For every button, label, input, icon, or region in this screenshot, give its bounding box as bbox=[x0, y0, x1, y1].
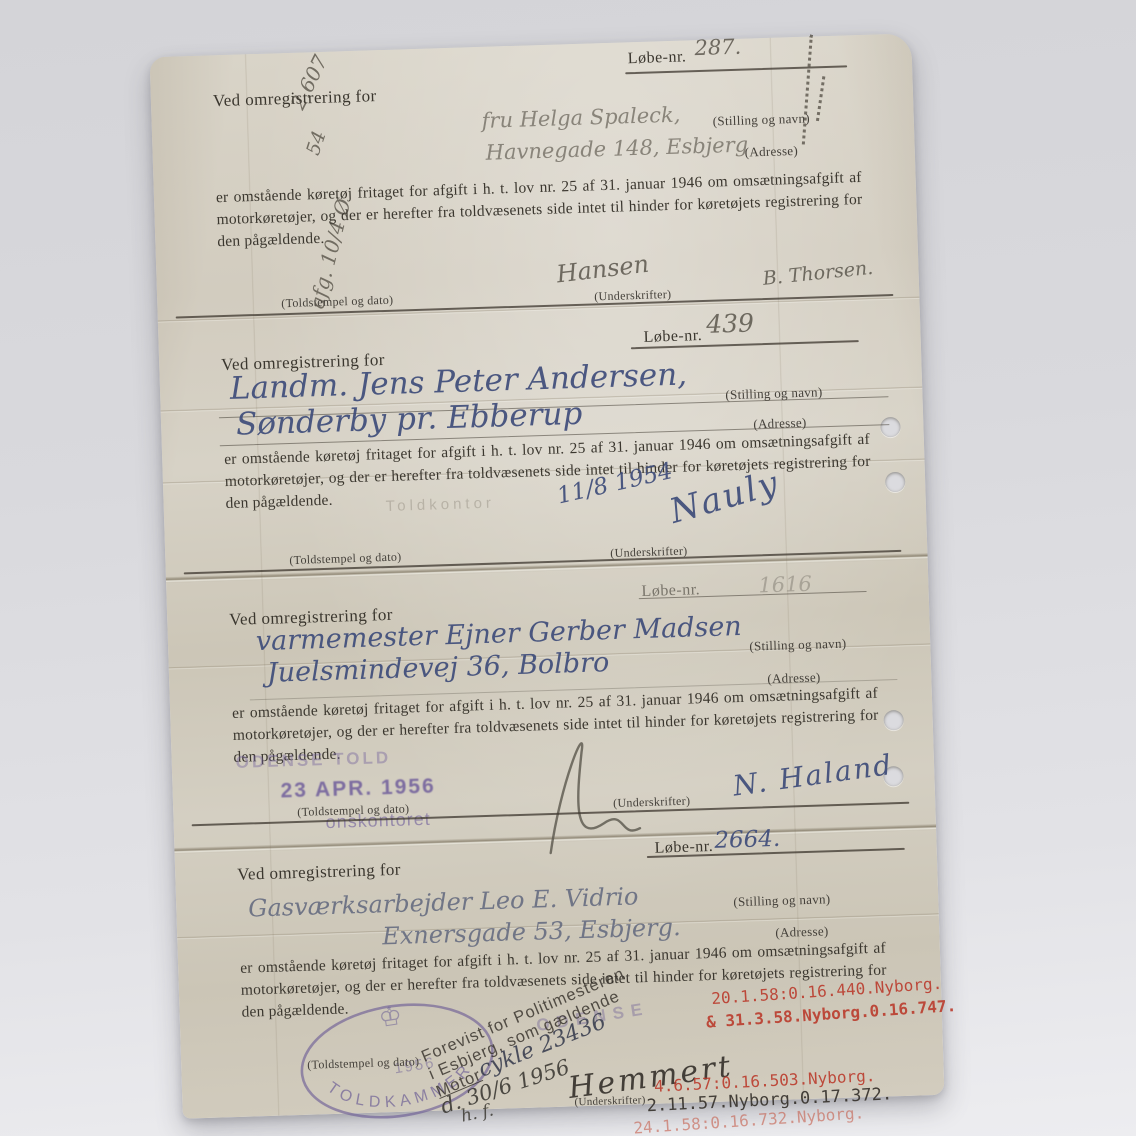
punch-hole bbox=[880, 417, 901, 438]
toldstempel-label: (Toldstempel og dato) bbox=[281, 293, 394, 312]
purple-date-stamp: 23 APR. 1956 bbox=[280, 775, 436, 804]
adresse-label: (Adresse) bbox=[745, 143, 799, 161]
signature-flourish bbox=[528, 710, 653, 864]
fold-crease bbox=[158, 296, 920, 323]
lobe-nr-value: 287. bbox=[694, 35, 741, 60]
document-paper: 2.607 54 afg. 10/4 Ø Løbe-nr. 287. Ved o… bbox=[150, 33, 945, 1118]
signature-right: N. Haland bbox=[731, 748, 895, 803]
lobe-nr-label: Løbe-nr. bbox=[628, 48, 687, 68]
photo-background: 2.607 54 afg. 10/4 Ø Løbe-nr. 287. Ved o… bbox=[0, 0, 1136, 1136]
adresse-label: (Adresse) bbox=[753, 415, 807, 433]
punch-hole bbox=[883, 710, 904, 731]
form-section-4: Løbe-nr. 2664. Ved omregistrering for Ga… bbox=[150, 33, 912, 57]
ved-omregistrering-label: Ved omregistrering for bbox=[237, 860, 401, 885]
fold-crease bbox=[166, 553, 928, 583]
form-section-1: Løbe-nr. 287. Ved omregistrering for fru… bbox=[150, 33, 912, 57]
lobe-nr-value: 2664. bbox=[714, 826, 781, 854]
stilling-label: (Stilling og navn) bbox=[713, 111, 811, 130]
pencil-annotation: 54 bbox=[302, 128, 330, 158]
lobe-nr-label: Løbe-nr. bbox=[643, 327, 702, 347]
stilling-label: (Stilling og navn) bbox=[733, 891, 831, 910]
staple-marks-icon bbox=[802, 35, 813, 145]
signature-right: B. Thorsen. bbox=[762, 257, 874, 290]
form-section-2: Løbe-nr. 439 Ved omregistrering for Land… bbox=[150, 33, 912, 57]
crown-icon: ♔ bbox=[377, 1001, 405, 1034]
underskrifter-label: (Underskrifter) bbox=[574, 1094, 645, 1108]
signature-center: Hansen bbox=[555, 250, 650, 289]
ved-omregistrering-label: Ved omregistrering for bbox=[213, 86, 377, 111]
staple-marks-icon bbox=[816, 76, 825, 121]
body-paragraph: er omstående køretøj fritaget for afgift… bbox=[216, 167, 864, 253]
address-handwritten: Havnegade 148, Esbjerg bbox=[485, 132, 748, 164]
form-section-3: Løbe-nr. 1616 Ved omregistrering for var… bbox=[150, 33, 912, 57]
punch-hole bbox=[885, 472, 906, 493]
stilling-label: (Stilling og navn) bbox=[749, 636, 847, 655]
name-handwritten: fru Helga Spaleck, bbox=[481, 103, 680, 133]
ghost-stamp: Toldkontor bbox=[385, 495, 495, 515]
lobe-nr-value: 439 bbox=[706, 308, 755, 338]
purple-stamp-top: ODENSE TOLD bbox=[235, 748, 391, 773]
adresse-label: (Adresse) bbox=[775, 923, 829, 941]
